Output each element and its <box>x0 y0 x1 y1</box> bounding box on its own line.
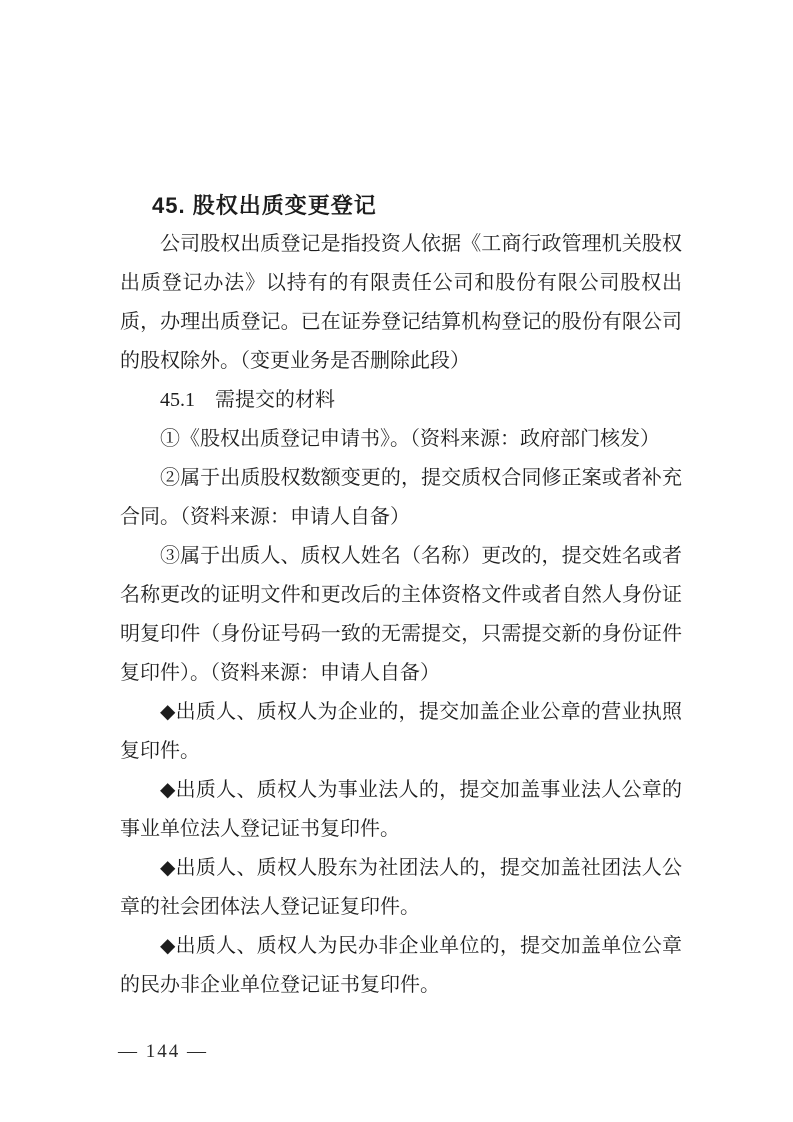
page-content: 45. 股权出质变更登记 公司股权出质登记是指投资人依据《工商行政管理机关股权出… <box>120 186 682 1005</box>
numbered-item-1: ①《股权出质登记申请书》。（资料来源：政府部门核发） <box>120 420 682 459</box>
intro-paragraph: 公司股权出质登记是指投资人依据《工商行政管理机关股权出质登记办法》以持有的有限责… <box>120 225 682 381</box>
bullet-item-4: ◆出质人、质权人为民办非企业单位的，提交加盖单位公章的民办非企业单位登记证书复印… <box>120 927 682 1005</box>
numbered-item-2: ②属于出质股权数额变更的，提交质权合同修正案或者补充合同。（资料来源：申请人自备… <box>120 459 682 537</box>
bullet-item-2: ◆出质人、质权人为事业法人的，提交加盖事业法人公章的事业单位法人登记证书复印件。 <box>120 771 682 849</box>
numbered-item-3: ③属于出质人、质权人姓名（名称）更改的，提交姓名或者名称更改的证明文件和更改后的… <box>120 537 682 693</box>
bullet-item-1: ◆出质人、质权人为企业的，提交加盖企业公章的营业执照复印件。 <box>120 693 682 771</box>
bullet-item-3: ◆出质人、质权人股东为社团法人的，提交加盖社团法人公章的社会团体法人登记证复印件… <box>120 849 682 927</box>
document-page: 45. 股权出质变更登记 公司股权出质登记是指投资人依据《工商行政管理机关股权出… <box>0 0 793 1122</box>
section-heading: 45. 股权出质变更登记 <box>152 186 682 225</box>
subsection-heading: 45.1 需提交的材料 <box>120 381 682 420</box>
page-number: — 144 — <box>118 1041 208 1063</box>
